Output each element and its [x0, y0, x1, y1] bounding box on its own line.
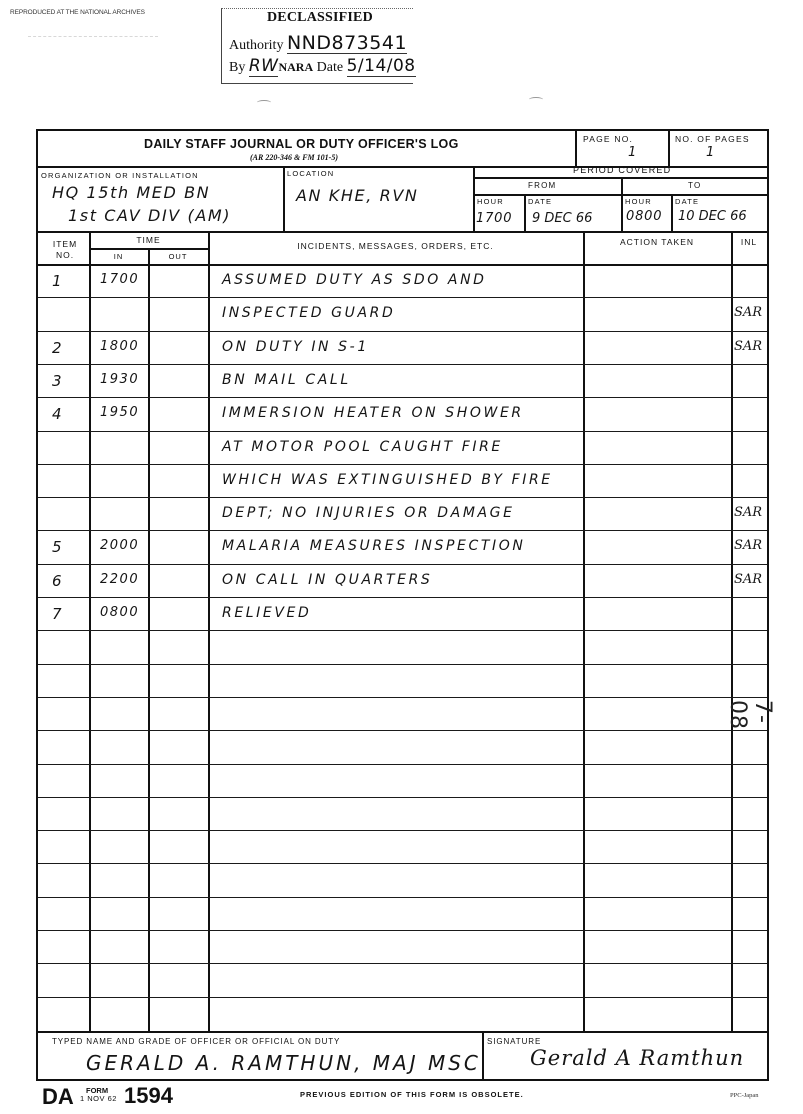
log-entries: 11700ASSUMED DUTY AS SDO ANDINSPECTED GU…: [38, 265, 767, 1031]
cell-out: [148, 432, 208, 464]
cell-text: IMMERSION HEATER ON SHOWER: [208, 398, 583, 430]
cell-text: DEPT; NO INJURIES OR DAMAGE: [208, 498, 583, 530]
cell-in: [89, 731, 148, 763]
cell-in: [89, 665, 148, 697]
divider: [621, 177, 623, 231]
location-value: AN KHE, RVN: [296, 186, 418, 205]
cell-in: [89, 631, 148, 663]
archive-note: REPRODUCED AT THE NATIONAL ARCHIVES: [10, 9, 145, 16]
cell-out: [148, 898, 208, 930]
cell-in: 1930: [89, 365, 148, 397]
cell-text: [208, 898, 583, 930]
column-header-action: ACTION TAKEN: [583, 237, 731, 247]
num-pages-label: NO. OF PAGES: [675, 134, 750, 144]
duty-log-form: DAILY STAFF JOURNAL OR DUTY OFFICER'S LO…: [36, 129, 769, 1081]
to-hour-value: 0800: [626, 209, 662, 224]
cell-in: 1700: [89, 265, 148, 297]
officer-name: GERALD A. RAMTHUN, MAJ MSC: [86, 1051, 481, 1075]
cell-in: [89, 931, 148, 963]
inl-value: SAR: [734, 339, 762, 354]
by-label: By: [229, 60, 245, 75]
signature-label: SIGNATURE: [487, 1037, 541, 1046]
cell-inl: [731, 864, 767, 896]
item-value: 7: [52, 605, 63, 623]
cell-item: [38, 798, 89, 830]
cell-item: 7: [38, 598, 89, 630]
divider: [575, 131, 577, 166]
cell-item: [38, 298, 89, 330]
stamp-date: 5/14/08: [347, 56, 416, 77]
cell-item: [38, 731, 89, 763]
divider: [38, 231, 767, 233]
cell-in: [89, 498, 148, 530]
text-value: BN MAIL CALL: [222, 372, 351, 388]
cell-item: [38, 432, 89, 464]
table-row: [38, 631, 767, 664]
by-initials: RW: [249, 56, 279, 77]
table-row: 52000MALARIA MEASURES INSPECTIONSAR: [38, 531, 767, 564]
inl-value: SAR: [734, 505, 762, 520]
cell-out: [148, 531, 208, 563]
cell-item: 5: [38, 531, 89, 563]
cell-inl: [731, 265, 767, 297]
inl-value: SAR: [734, 538, 762, 553]
cell-item: 2: [38, 332, 89, 364]
divider: [668, 131, 670, 166]
cell-out: [148, 465, 208, 497]
num-pages-value: 1: [706, 145, 715, 160]
cell-out: [148, 265, 208, 297]
text-value: ASSUMED DUTY AS SDO AND: [222, 272, 487, 288]
cell-inl: [731, 432, 767, 464]
cell-text: AT MOTOR POOL CAUGHT FIRE: [208, 432, 583, 464]
cell-item: [38, 498, 89, 530]
cell-text: [208, 831, 583, 863]
cell-in: [89, 765, 148, 797]
cell-item: [38, 698, 89, 730]
inl-value: SAR: [734, 305, 762, 320]
cell-out: [148, 598, 208, 630]
divider: [38, 1031, 767, 1033]
table-row: [38, 998, 767, 1031]
column-header-time: TIME: [89, 235, 208, 245]
cell-inl: [731, 465, 767, 497]
divider: [473, 166, 475, 231]
table-row: 31930BN MAIL CALL: [38, 365, 767, 398]
cell-out: [148, 665, 208, 697]
cell-out: [148, 864, 208, 896]
cell-item: 1: [38, 265, 89, 297]
cell-inl: [731, 964, 767, 996]
cell-in: [89, 798, 148, 830]
divider: [283, 166, 285, 231]
text-value: WHICH WAS EXTINGUISHED BY FIRE: [222, 472, 553, 488]
punch-hole-mark: [257, 100, 271, 105]
cell-out: [148, 765, 208, 797]
cell-text: WHICH WAS EXTINGUISHED BY FIRE: [208, 465, 583, 497]
item-value: 1: [52, 272, 63, 290]
cell-item: [38, 665, 89, 697]
table-row: [38, 864, 767, 897]
cell-item: 3: [38, 365, 89, 397]
cell-action: [583, 831, 731, 863]
officer-label: TYPED NAME AND GRADE OF OFFICER OR OFFIC…: [52, 1037, 340, 1046]
stamp-by: By RWNARA Date 5/14/08: [229, 56, 416, 77]
cell-in: [89, 998, 148, 1031]
organization-label: ORGANIZATION OR INSTALLATION: [41, 171, 199, 180]
cell-inl: [731, 665, 767, 697]
cell-inl: [731, 798, 767, 830]
cell-text: [208, 931, 583, 963]
cell-in: 2200: [89, 565, 148, 597]
table-row: [38, 898, 767, 931]
to-date-value: 10 DEC 66: [678, 209, 747, 224]
cell-in: [89, 432, 148, 464]
organization-line1: HQ 15th MED BN: [52, 183, 210, 202]
in-value: 1930: [100, 372, 139, 387]
cell-item: [38, 964, 89, 996]
cell-out: [148, 998, 208, 1031]
cell-inl: SAR: [731, 332, 767, 364]
table-row: [38, 931, 767, 964]
text-value: MALARIA MEASURES INSPECTION: [222, 538, 525, 554]
cell-item: 6: [38, 565, 89, 597]
margin-note: 7-08: [725, 700, 775, 730]
cell-in: 1800: [89, 332, 148, 364]
cell-action: [583, 998, 731, 1031]
divider: [473, 177, 767, 179]
cell-action: [583, 731, 731, 763]
cell-action: [583, 598, 731, 630]
cell-inl: SAR: [731, 531, 767, 563]
cell-inl: [731, 765, 767, 797]
cell-in: 0800: [89, 598, 148, 630]
text-value: ON CALL IN QUARTERS: [222, 572, 432, 588]
cell-out: [148, 332, 208, 364]
table-row: AT MOTOR POOL CAUGHT FIRE: [38, 432, 767, 465]
cell-text: [208, 864, 583, 896]
table-row: [38, 798, 767, 831]
cell-inl: SAR: [731, 498, 767, 530]
form-edition: FORM 1 NOV 62: [80, 1087, 117, 1103]
cell-out: [148, 298, 208, 330]
cell-out: [148, 731, 208, 763]
cell-action: [583, 298, 731, 330]
item-label-line1: ITEM: [42, 239, 88, 250]
cell-text: [208, 631, 583, 663]
cell-item: 4: [38, 398, 89, 430]
text-value: AT MOTOR POOL CAUGHT FIRE: [222, 439, 503, 455]
table-row: 41950IMMERSION HEATER ON SHOWER: [38, 398, 767, 431]
cell-text: BN MAIL CALL: [208, 365, 583, 397]
in-value: 2200: [100, 572, 139, 587]
divider: [524, 194, 526, 231]
in-value: 1700: [100, 272, 139, 287]
cell-text: ASSUMED DUTY AS SDO AND: [208, 265, 583, 297]
table-row: DEPT; NO INJURIES OR DAMAGESAR: [38, 498, 767, 531]
column-header-incidents: INCIDENTS, MESSAGES, ORDERS, ETC.: [208, 241, 583, 251]
cell-in: [89, 698, 148, 730]
cell-in: 1950: [89, 398, 148, 430]
cell-text: RELIEVED: [208, 598, 583, 630]
organization-line2: 1st CAV DIV (AM): [68, 206, 231, 225]
date-label: Date: [317, 60, 343, 75]
stamp-authority: Authority NND873541: [229, 33, 407, 54]
cell-out: [148, 831, 208, 863]
from-date-label: DATE: [528, 197, 552, 206]
cell-action: [583, 765, 731, 797]
punch-hole-mark: [529, 97, 543, 102]
cell-inl: [731, 631, 767, 663]
cell-action: [583, 798, 731, 830]
cell-item: [38, 465, 89, 497]
text-value: INSPECTED GUARD: [222, 305, 395, 321]
cell-inl: [731, 398, 767, 430]
item-value: 3: [52, 372, 63, 390]
from-hour-value: 1700: [476, 211, 512, 226]
cell-out: [148, 498, 208, 530]
cell-action: [583, 631, 731, 663]
text-value: DEPT; NO INJURIES OR DAMAGE: [222, 505, 515, 521]
cell-in: [89, 298, 148, 330]
in-value: 0800: [100, 605, 139, 620]
to-hour-label: HOUR: [625, 197, 652, 206]
cell-text: [208, 998, 583, 1031]
cell-out: [148, 365, 208, 397]
from-date-value: 9 DEC 66: [532, 211, 592, 226]
table-row: 70800RELIEVED: [38, 598, 767, 631]
table-row: [38, 698, 767, 731]
form-date: 1 NOV 62: [80, 1095, 117, 1103]
cell-action: [583, 465, 731, 497]
cell-inl: [731, 598, 767, 630]
cell-in: [89, 831, 148, 863]
cell-action: [583, 698, 731, 730]
table-row: [38, 665, 767, 698]
cell-item: [38, 998, 89, 1031]
text-value: RELIEVED: [222, 605, 311, 621]
table-row: WHICH WAS EXTINGUISHED BY FIRE: [38, 465, 767, 498]
table-row: 11700ASSUMED DUTY AS SDO AND: [38, 265, 767, 298]
cell-out: [148, 964, 208, 996]
cell-action: [583, 398, 731, 430]
cell-text: ON DUTY IN S-1: [208, 332, 583, 364]
cell-out: [148, 931, 208, 963]
form-prefix: DA: [42, 1084, 74, 1110]
table-row: [38, 964, 767, 997]
table-row: [38, 765, 767, 798]
item-value: 2: [52, 339, 63, 357]
divider: [28, 36, 158, 37]
from-label: FROM: [528, 181, 556, 190]
previous-edition-note: PREVIOUS EDITION OF THIS FORM IS OBSOLET…: [300, 1090, 524, 1099]
divider: [473, 194, 767, 196]
cell-action: [583, 964, 731, 996]
divider: [671, 194, 673, 231]
cell-action: [583, 531, 731, 563]
in-value: 2000: [100, 538, 139, 553]
page-no-label: PAGE NO.: [583, 134, 633, 144]
cell-action: [583, 432, 731, 464]
cell-out: [148, 798, 208, 830]
cell-text: MALARIA MEASURES INSPECTION: [208, 531, 583, 563]
item-label-line2: NO.: [42, 250, 88, 261]
table-row: INSPECTED GUARDSAR: [38, 298, 767, 331]
to-date-label: DATE: [675, 197, 699, 206]
cell-in: 2000: [89, 531, 148, 563]
cell-in: [89, 964, 148, 996]
cell-out: [148, 631, 208, 663]
in-value: 1800: [100, 339, 139, 354]
cell-text: INSPECTED GUARD: [208, 298, 583, 330]
cell-out: [148, 398, 208, 430]
cell-action: [583, 665, 731, 697]
cell-text: [208, 765, 583, 797]
cell-action: [583, 332, 731, 364]
cell-action: [583, 898, 731, 930]
cell-item: [38, 765, 89, 797]
cell-out: [148, 565, 208, 597]
location-label: LOCATION: [287, 169, 334, 178]
text-value: IMMERSION HEATER ON SHOWER: [222, 405, 524, 421]
agency: NARA: [278, 60, 313, 74]
item-value: 5: [52, 538, 63, 556]
cell-inl: [731, 731, 767, 763]
from-hour-label: HOUR: [477, 197, 504, 206]
cell-inl: [731, 998, 767, 1031]
printer-mark: PPC-Japan: [730, 1092, 759, 1099]
inl-value: SAR: [734, 572, 762, 587]
cell-text: [208, 798, 583, 830]
cell-text: ON CALL IN QUARTERS: [208, 565, 583, 597]
cell-action: [583, 864, 731, 896]
cell-text: [208, 731, 583, 763]
cell-in: [89, 898, 148, 930]
in-value: 1950: [100, 405, 139, 420]
cell-inl: SAR: [731, 298, 767, 330]
table-row: 21800ON DUTY IN S-1SAR: [38, 332, 767, 365]
table-row: [38, 831, 767, 864]
divider: [482, 1031, 484, 1081]
cell-inl: [731, 365, 767, 397]
item-value: 6: [52, 572, 63, 590]
form-number: 1594: [124, 1083, 173, 1109]
to-label: TO: [688, 181, 701, 190]
cell-in: [89, 864, 148, 896]
stamp-title: DECLASSIFIED: [267, 10, 373, 26]
cell-inl: [731, 898, 767, 930]
column-header-item: ITEM NO.: [42, 239, 88, 261]
item-value: 4: [52, 405, 63, 423]
page-no-value: 1: [628, 145, 637, 160]
cell-item: [38, 631, 89, 663]
cell-action: [583, 498, 731, 530]
form-subtitle: (AR 220-346 & FM 101-5): [250, 153, 338, 162]
cell-text: [208, 665, 583, 697]
table-row: [38, 731, 767, 764]
period-covered-label: PERIOD COVERED: [573, 165, 671, 175]
cell-action: [583, 931, 731, 963]
cell-item: [38, 898, 89, 930]
cell-item: [38, 864, 89, 896]
signature: Gerald A Ramthun: [530, 1046, 744, 1070]
column-header-out: OUT: [148, 252, 208, 261]
column-header-in: IN: [89, 252, 148, 261]
authority-value: NND873541: [287, 33, 407, 54]
cell-item: [38, 931, 89, 963]
cell-out: [148, 698, 208, 730]
cell-item: [38, 831, 89, 863]
cell-action: [583, 565, 731, 597]
cell-inl: [731, 831, 767, 863]
table-row: 62200ON CALL IN QUARTERSSAR: [38, 565, 767, 598]
cell-action: [583, 365, 731, 397]
authority-label: Authority: [229, 38, 283, 53]
cell-inl: [731, 931, 767, 963]
cell-text: [208, 698, 583, 730]
column-header-initials: INL: [731, 237, 767, 247]
cell-inl: SAR: [731, 565, 767, 597]
cell-in: [89, 465, 148, 497]
cell-action: [583, 265, 731, 297]
cell-text: [208, 964, 583, 996]
text-value: ON DUTY IN S-1: [222, 339, 369, 355]
form-title: DAILY STAFF JOURNAL OR DUTY OFFICER'S LO…: [144, 137, 459, 151]
